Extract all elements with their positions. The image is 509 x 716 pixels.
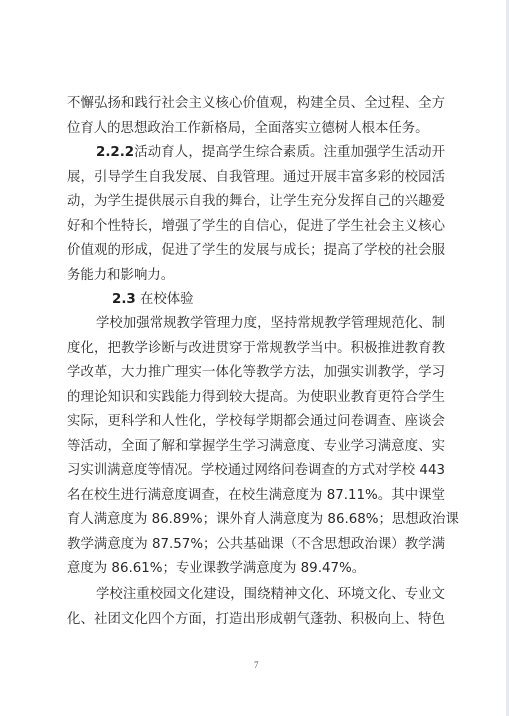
document-page: 不懈弘扬和践行社会主义核心价值观，构建全员、全过程、全方 位育人的思想政治工作新… xyxy=(0,0,506,716)
section-title: 在校体验 xyxy=(140,292,194,307)
section-heading-2-2-2: 2.2.2活动育人，提高学生综合素质。注重加强学生活动开 xyxy=(96,143,445,163)
text-line: 教学满意度为 87.57%；公共基础课（不含思想政治课）教学满 xyxy=(67,535,445,555)
text-line: 位育人的思想政治工作新格局，全面落实立德树人根本任务。 xyxy=(67,119,445,139)
section-number: 2.3 xyxy=(112,292,136,307)
text-line: 习实训满意度等情况。学校通过网络问卷调查的方式对学校 443 xyxy=(67,461,445,481)
page-number: 7 xyxy=(254,660,259,670)
text-line: 度化，把教学诊断与改进贯穿于常规教学当中。积极推进教育教 xyxy=(67,339,445,359)
text-line: 名在校生进行满意度调查，在校生满意度为 87.11%。其中课堂 xyxy=(67,486,445,506)
text-line: 动，为学生提供展示自我的舞台，让学生充分发挥自己的兴趣爱 xyxy=(67,192,445,212)
text-line: 育人满意度为 86.89%；课外育人满意度为 86.68%；思想政治课 xyxy=(67,510,445,530)
text-line: 学改革，大力推广理实一体化等教学方法，加强实训教学，学习 xyxy=(67,363,445,383)
section-number: 2.2.2 xyxy=(96,145,134,160)
text-line: 化、社团文化四个方面，打造出形成朝气蓬勃、积极向上、特色 xyxy=(67,610,445,630)
text-line: 等活动，全面了解和掌握学生学习满意度、专业学习满意度、实 xyxy=(67,437,445,457)
text-line: 展，引导学生自我发展、自我管理。通过开展丰富多彩的校园活 xyxy=(67,168,445,188)
text-line: 学校加强常规教学管理力度，坚持常规教学管理规范化、制 xyxy=(96,314,445,334)
text-line: 意度为 86.61%；专业课教学满意度为 89.47%。 xyxy=(67,559,445,579)
section-text: 活动育人，提高学生综合素质。注重加强学生活动开 xyxy=(134,145,445,160)
text-line: 价值观的形成，促进了学生的发展与成长；提高了学校的社会服 xyxy=(67,241,445,261)
text-line: 学校注重校园文化建设，围绕精神文化、环境文化、专业文 xyxy=(96,585,445,605)
text-line: 务能力和影响力。 xyxy=(67,266,445,286)
text-line: 的理论知识和实践能力得到较大提高。为使职业教育更符合学生 xyxy=(67,388,445,408)
text-line: 不懈弘扬和践行社会主义核心价值观，构建全员、全过程、全方 xyxy=(67,94,445,114)
text-line: 实际，更科学和人性化，学校每学期都会通过问卷调查、座谈会 xyxy=(67,412,445,432)
section-heading-2-3: 2.3 在校体验 xyxy=(112,290,194,310)
text-line: 好和个性特长，增强了学生的自信心，促进了学生社会主义核心 xyxy=(67,217,445,237)
